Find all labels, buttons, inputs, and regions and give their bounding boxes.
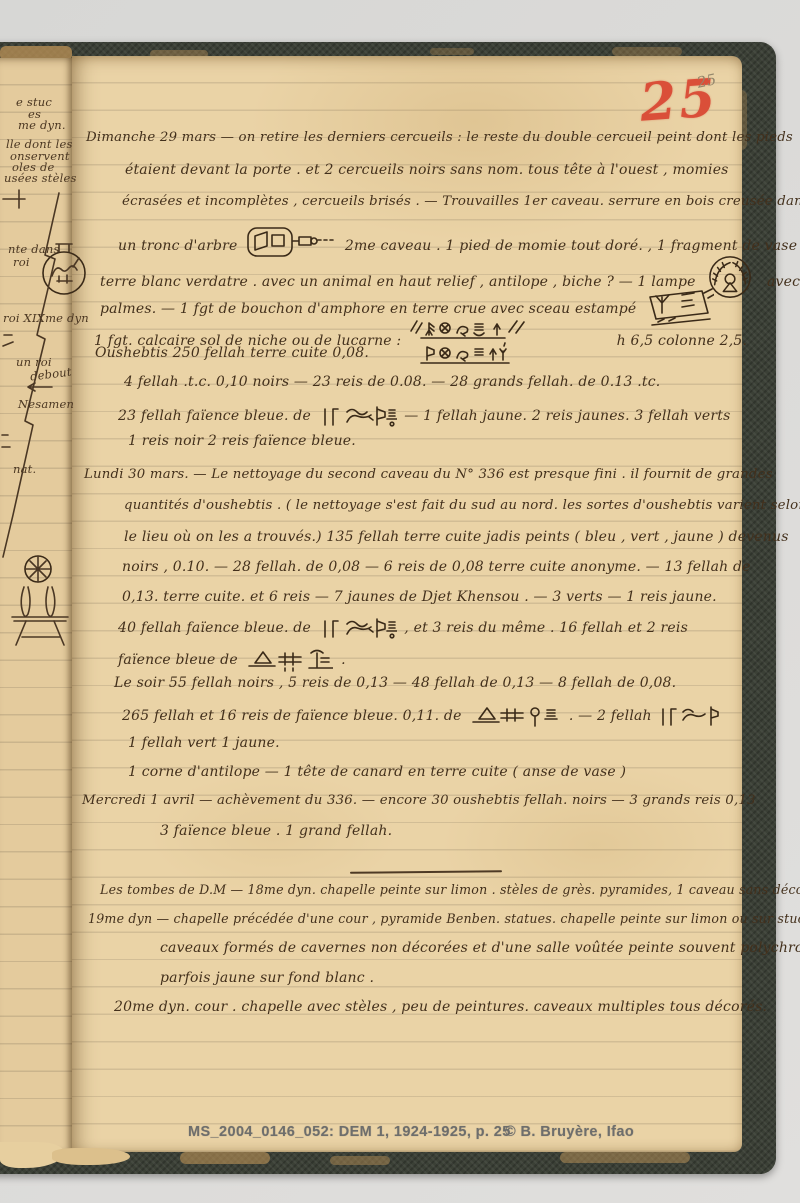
line-text: faïence bleue de (118, 652, 238, 668)
cover-wear-patch (560, 1152, 690, 1163)
journal-line-26: 19me dyn — chapelle précédée d'une cour … (88, 912, 800, 926)
journal-line-22: 1 corne d'antilope — 1 tête de canard en… (128, 765, 626, 780)
journal-line-17: 40 fellah faïence bleue. de , et 3 reis … (118, 616, 688, 642)
hieroglyph-group-icon (659, 704, 721, 730)
line-text: Lundi 30 mars. — Le nettoyage du second … (84, 467, 773, 482)
line-text: avec (767, 274, 800, 290)
hieroglyph-group-icon (319, 404, 397, 430)
line-text: Mercredi 1 avril — achèvement du 336. — … (82, 793, 756, 808)
journal-line-11: 1 reis noir 2 reis faïence bleue. (128, 434, 356, 449)
line-text: 265 fellah et 16 reis de faïence bleue. … (122, 708, 462, 724)
line-text: . (341, 652, 346, 668)
line-text: 2me caveau . 1 pied de momie tout doré. … (345, 238, 797, 254)
journal-line-14: le lieu où on les a trouvés.) 135 fellah… (124, 530, 789, 545)
journal-line-3: écrasées et incomplètes , cercueils bris… (122, 195, 800, 210)
line-text: palmes. — 1 fgt de bouchon d'amphore en … (100, 301, 636, 317)
line-text: 40 fellah faïence bleue. de (118, 620, 311, 636)
line-text: Les tombes de D.M — 18me dyn. chapelle p… (100, 882, 800, 897)
scanned-notebook-photo: 25 25 Dimanche 29 mars — on retire les d… (0, 0, 800, 1203)
margin-stand-sketch-icon (2, 553, 80, 648)
torn-paper-corner (52, 1148, 130, 1165)
line-text: 0,13. terre cuite. et 6 reis — 7 jaunes … (122, 589, 717, 605)
line-text: parfois jaune sur fond blanc . (160, 970, 374, 986)
journal-line-2: étaient devant la porte . et 2 cercueils… (125, 163, 729, 178)
journal-line-21: 1 fellah vert 1 jaune. (128, 736, 280, 751)
journal-line-9: 4 fellah .t.c. 0,10 noirs — 23 reis de 0… (124, 375, 660, 390)
journal-line-8: Oushebtis 250 fellah terre cuite 0,08. (95, 346, 369, 361)
cover-wear-patch (330, 1156, 390, 1165)
journal-line-28: parfois jaune sur fond blanc . (160, 971, 374, 986)
line-text: Le soir 55 fellah noirs , 5 reis de 0,13… (114, 675, 676, 691)
line-text: 19me dyn — chapelle précédée d'une cour … (88, 911, 800, 926)
hieroglyph-inscription-panel-icon (409, 317, 609, 365)
journal-line-25: Les tombes de D.M — 18me dyn. chapelle p… (100, 883, 800, 897)
line-text: Dimanche 29 mars — on retire les dernier… (86, 130, 793, 145)
line-text: écrasées et incomplètes , cercueils bris… (122, 194, 800, 209)
journal-line-1: Dimanche 29 mars — on retire les dernier… (86, 131, 793, 146)
journal-line-12: Lundi 30 mars. — Le nettoyage du second … (84, 468, 773, 483)
cover-wear-patch (430, 48, 474, 55)
journal-line-13: quantités d'oushebtis . ( le nettoyage s… (124, 499, 800, 514)
line-text: le lieu où on les a trouvés.) 135 fellah… (124, 529, 789, 545)
line-text: caveaux formés de cavernes non décorées … (160, 940, 800, 956)
line-text: 4 fellah .t.c. 0,10 noirs — 23 reis de 0… (124, 374, 660, 390)
journal-line-20: 265 fellah et 16 reis de faïence bleue. … (122, 704, 724, 730)
line-text: , et 3 reis du même . 16 fellah et 2 rei… (404, 620, 688, 636)
margin-plan-sketch-icon (0, 185, 66, 565)
line-text: 1 reis noir 2 reis faïence bleue. (128, 433, 356, 449)
journal-line-24: 3 faïence bleue . 1 grand fellah. (160, 824, 392, 839)
line-text: — 1 fellah jaune. 2 reis jaunes. 3 fella… (404, 408, 730, 424)
journal-line-29: 20me dyn. cour . chapelle avec stèles , … (114, 1000, 767, 1015)
hieroglyph-group-icon (245, 647, 333, 674)
journal-line-15: noirs , 0.10. — 28 fellah. de 0,08 — 6 r… (122, 560, 751, 575)
line-text: 1 fellah vert 1 jaune. (128, 735, 280, 751)
line-text: 3 faïence bleue . 1 grand fellah. (160, 823, 392, 839)
hieroglyph-group-icon (319, 616, 397, 642)
line-text: quantités d'oushebtis . ( le nettoyage s… (124, 498, 800, 513)
cover-wear-patch (612, 47, 682, 56)
line-text: Oushebtis 250 fellah terre cuite 0,08. (95, 345, 369, 361)
cover-wear-patch (180, 1152, 270, 1164)
hieroglyph-group-icon (469, 704, 561, 730)
line-text: 1 corne d'antilope — 1 tête de canard en… (128, 764, 626, 780)
caption-reference: MS_2004_0146_052: DEM 1, 1924-1925, p. 2… (188, 1124, 511, 1140)
caption-copyright: © B. Bruyère, Ifao (505, 1124, 634, 1140)
line-text: 23 fellah faïence bleue. de (118, 408, 311, 424)
line-text: noirs , 0.10. — 28 fellah. de 0,08 — 6 r… (122, 559, 751, 575)
line-text: un tronc d'arbre (118, 238, 238, 254)
line-text: h 6,5 colonne 2,5. (617, 333, 747, 349)
line-text: étaient devant la porte . et 2 cercueils… (125, 162, 729, 178)
journal-line-16: 0,13. terre cuite. et 6 reis — 7 jaunes … (122, 590, 717, 605)
journal-line-19: Le soir 55 fellah noirs , 5 reis de 0,13… (114, 676, 676, 691)
journal-line-10: 23 fellah faïence bleue. de — 1 fellah j… (118, 404, 730, 430)
line-text: . — 2 fellah (569, 708, 652, 724)
journal-line-27: caveaux formés de cavernes non décorées … (160, 941, 800, 956)
journal-line-23: Mercredi 1 avril — achèvement du 336. — … (82, 794, 756, 809)
journal-line-18: faïence bleue de . (118, 647, 346, 674)
margin-fragment: me dyn. (18, 119, 66, 132)
margin-fragment: usées stèles (4, 172, 77, 185)
line-text: 20me dyn. cour . chapelle avec stèles , … (114, 999, 767, 1015)
